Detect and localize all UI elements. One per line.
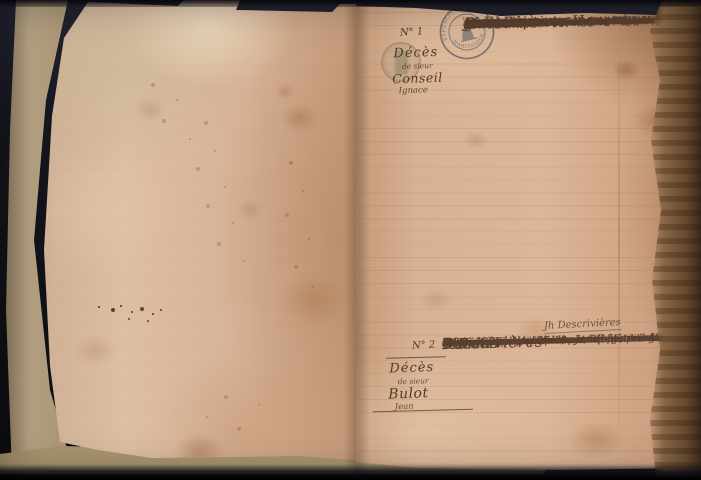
book-gutter-shadow: [344, 0, 370, 480]
scan-edge-top: [0, 0, 701, 7]
register-book-scan: Donné Juillet RÉPUBLIQUE FRANÇAISE: [0, 0, 701, 480]
right-manuscript-page: Donné Juillet RÉPUBLIQUE FRANÇAISE: [356, 0, 701, 476]
scan-edge-bottom: [0, 464, 701, 480]
paper-crease: [618, 20, 620, 460]
stamp-emblem: [455, 15, 476, 43]
embossed-seal: [381, 42, 421, 82]
